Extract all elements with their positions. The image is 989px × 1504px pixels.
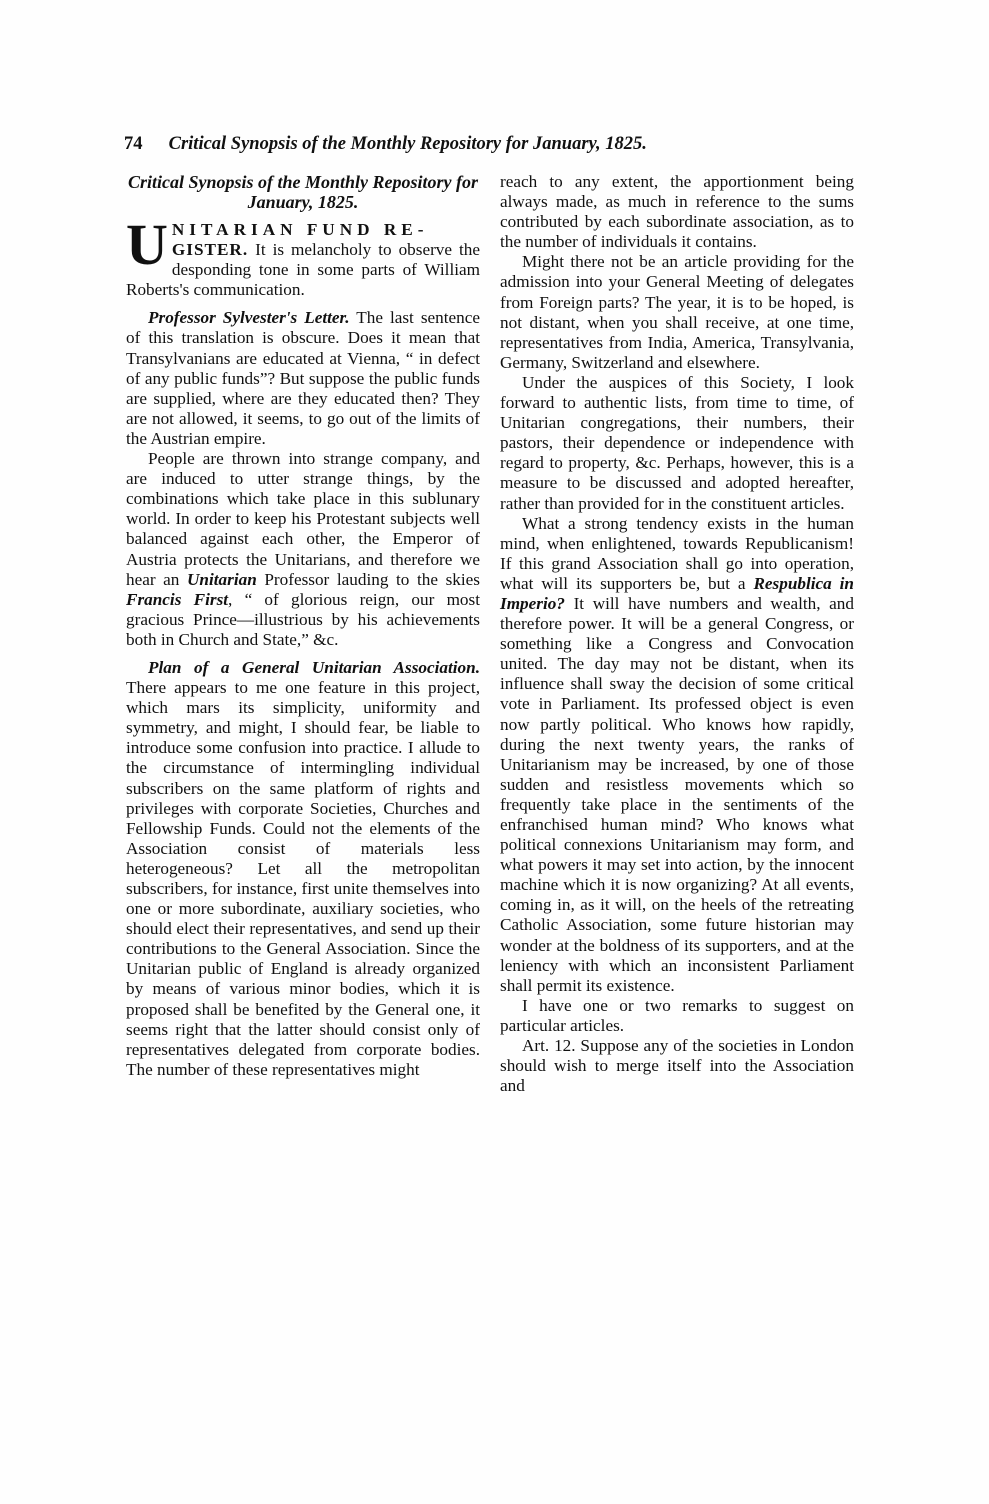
- running-header: 74 Critical Synopsis of the Monthly Repo…: [124, 131, 864, 157]
- section-heading: Plan of a General Unitarian Association.: [148, 658, 480, 677]
- italic-term: Francis First: [126, 590, 228, 609]
- section-heading-caps: NITARIAN FUND RE-: [172, 220, 429, 239]
- paragraph-auspices: Under the auspices of this Society, I lo…: [500, 373, 854, 514]
- drop-cap: U: [126, 223, 168, 267]
- paragraph-continuation: reach to any extent, the apportionment b…: [500, 172, 854, 252]
- paragraph-remarks: I have one or two remarks to suggest on …: [500, 996, 854, 1036]
- section-heading: Professor Sylvester's Letter.: [148, 308, 350, 327]
- paragraph-text: The last sentence of this translation is…: [126, 308, 480, 448]
- paragraph-article-12: Art. 12. Suppose any of the societies in…: [500, 1036, 854, 1096]
- italic-term: Unitarian: [187, 570, 257, 589]
- running-title: Critical Synopsis of the Monthly Reposit…: [169, 134, 647, 154]
- article-title: Critical Synopsis of the Monthly Reposit…: [126, 172, 480, 212]
- paragraph-text: Professor lauding to the skies: [257, 570, 480, 589]
- paragraph-people: People are thrown into strange company, …: [126, 449, 480, 650]
- paragraph-text: It will have numbers and wealth, and the…: [500, 594, 854, 995]
- paragraph-sylvester: Professor Sylvester's Letter. The last s…: [126, 308, 480, 449]
- paragraph-unitarian-fund: UNITARIAN FUND RE-GISTER. It is melancho…: [126, 220, 480, 300]
- paragraph-republicanism: What a strong tendency exists in the hum…: [500, 514, 854, 996]
- paragraph-delegates: Might there not be an article providing …: [500, 252, 854, 373]
- page-number: 74: [124, 131, 164, 157]
- left-column: Critical Synopsis of the Monthly Reposit…: [126, 172, 480, 1080]
- paragraph-text: There appears to me one feature in this …: [126, 678, 480, 1079]
- paragraph-text: People are thrown into strange company, …: [126, 449, 480, 589]
- right-column: reach to any extent, the apportionment b…: [500, 172, 854, 1096]
- section-heading-caps-cont: GISTER.: [172, 240, 248, 259]
- paragraph-plan: Plan of a General Unitarian Association.…: [126, 658, 480, 1080]
